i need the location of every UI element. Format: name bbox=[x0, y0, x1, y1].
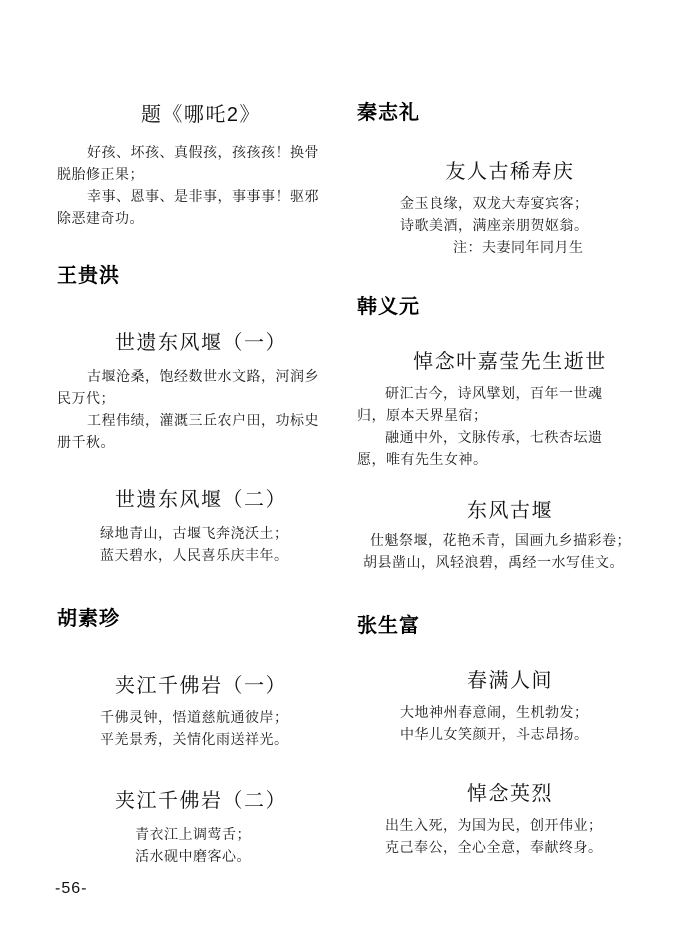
poem-line: 金玉良缘，双龙大寿宴宾客； bbox=[357, 194, 663, 216]
poem-chunman: 大地神州春意闹，生机勃发； 中华儿女笑颜开，斗志昂扬。 bbox=[357, 703, 663, 747]
author-name-zhangshengfu: 张生富 bbox=[357, 609, 663, 638]
poem-line: 好孩、坏孩、真假孩，孩孩孩！换骨 bbox=[57, 143, 345, 165]
book-page: 题《哪吒2》 好孩、坏孩、真假孩，孩孩孩！换骨 脱胎修正果； 幸事、恩事、是非事… bbox=[0, 0, 700, 950]
left-column: 题《哪吒2》 好孩、坏孩、真假孩，孩孩孩！换骨 脱胎修正果； 幸事、恩事、是非事… bbox=[57, 90, 345, 869]
poem-line: 古堰沧桑，饱经数世水文路，河润乡 bbox=[57, 367, 345, 389]
poem-line: 归，原本天界星宿； bbox=[357, 406, 663, 428]
poem-title-qianfoyan-1: 夹江千佛岩（一） bbox=[57, 669, 345, 698]
poem-title-dongfengyan-2: 世遗东风堰（二） bbox=[57, 483, 345, 512]
poem-line: 平羌景秀，关情化雨送祥光。 bbox=[57, 730, 345, 752]
poem-note: 注：夫妻同年同月生 bbox=[357, 238, 663, 260]
poem-title-qianfoyan-2: 夹江千佛岩（二） bbox=[57, 784, 345, 813]
poem-line: 研汇古今，诗风擘划，百年一世魂 bbox=[357, 384, 663, 406]
poem-yejiaying: 研汇古今，诗风擘划，百年一世魂 归，原本天界星宿； 融通中外，文脉传承，七秩杏坛… bbox=[357, 384, 663, 472]
poem-line: 除恶建奇功。 bbox=[57, 209, 345, 231]
poem-title-shouqing: 友人古稀寿庆 bbox=[357, 155, 663, 184]
poem-line: 诗歌美酒，满座亲朋贺妪翁。 bbox=[357, 216, 663, 238]
poem-line: 册千秋。 bbox=[57, 433, 345, 455]
poem-line: 克己奉公，全心全意，奉献终身。 bbox=[357, 838, 663, 860]
poem-shouqing: 金玉良缘，双龙大寿宴宾客； 诗歌美酒，满座亲朋贺妪翁。 注：夫妻同年同月生 bbox=[357, 194, 663, 260]
author-name-qinzhili: 秦志礼 bbox=[357, 96, 663, 125]
poem-dongfengyan-1: 古堰沧桑，饱经数世水文路，河润乡 民万代； 工程伟绩，灌溉三丘农户田，功标史 册… bbox=[57, 367, 345, 455]
poem-yinglie: 出生入死，为国为民，创开伟业； 克己奉公，全心全意，奉献终身。 bbox=[357, 816, 663, 860]
poem-line: 脱胎修正果； bbox=[57, 165, 345, 187]
poem-title-dongfengyan-1: 世遗东风堰（一） bbox=[57, 326, 345, 355]
poem-line: 胡县凿山，风轻浪碧，禹经一水写佳文。 bbox=[357, 553, 663, 575]
poem-line: 青衣江上调莺舌； bbox=[57, 825, 345, 847]
poem-line: 蓝天碧水，人民喜乐庆丰年。 bbox=[57, 546, 345, 568]
author-name-husuzhen: 胡素珍 bbox=[57, 602, 345, 631]
page-number: -56- bbox=[55, 880, 87, 898]
poem-line: 仕魁祭堰，花艳禾青，国画九乡描彩卷； bbox=[357, 531, 663, 553]
poem-line: 出生入死，为国为民，创开伟业； bbox=[357, 816, 663, 838]
poem-title-yejiaying: 悼念叶嘉莹先生逝世 bbox=[357, 345, 663, 374]
poem-line: 幸事、恩事、是非事，事事事！驱邪 bbox=[57, 187, 345, 209]
poem-line: 大地神州春意闹，生机勃发； bbox=[357, 703, 663, 725]
poem-line: 融通中外，文脉传承，七秩杏坛遗 bbox=[357, 428, 663, 450]
poem-line: 工程伟绩，灌溉三丘农户田，功标史 bbox=[57, 411, 345, 433]
poem-line: 中华儿女笑颜开，斗志昂扬。 bbox=[357, 725, 663, 747]
right-column: 秦志礼 友人古稀寿庆 金玉良缘，双龙大寿宴宾客； 诗歌美酒，满座亲朋贺妪翁。 注… bbox=[357, 96, 663, 860]
poem-nezha: 好孩、坏孩、真假孩，孩孩孩！换骨 脱胎修正果； 幸事、恩事、是非事，事事事！驱邪… bbox=[57, 143, 345, 231]
poem-line: 民万代； bbox=[57, 389, 345, 411]
author-name-wangguihong: 王贵洪 bbox=[57, 259, 345, 288]
author-name-hanyiyuan: 韩义元 bbox=[357, 290, 663, 319]
poem-qianfoyan-2: 青衣江上调莺舌； 活水砚中磨客心。 bbox=[57, 825, 345, 869]
poem-line: 绿地青山，古堰飞奔浇沃土； bbox=[57, 524, 345, 546]
poem-dongfengyan-2: 绿地青山，古堰飞奔浇沃土； 蓝天碧水，人民喜乐庆丰年。 bbox=[57, 524, 345, 568]
poem-title-nezha: 题《哪吒2》 bbox=[57, 98, 345, 127]
poem-line: 活水砚中磨客心。 bbox=[57, 847, 345, 869]
poem-title-yinglie: 悼念英烈 bbox=[357, 777, 663, 806]
poem-title-chunman: 春满人间 bbox=[357, 664, 663, 693]
poem-title-dongfengguyan: 东风古堰 bbox=[357, 494, 663, 523]
poem-dongfengguyan: 仕魁祭堰，花艳禾青，国画九乡描彩卷； 胡县凿山，风轻浪碧，禹经一水写佳文。 bbox=[357, 531, 663, 575]
poem-line: 千佛灵钟，悟道慈航通彼岸； bbox=[57, 708, 345, 730]
poem-line: 愿，唯有先生女神。 bbox=[357, 450, 663, 472]
poem-qianfoyan-1: 千佛灵钟，悟道慈航通彼岸； 平羌景秀，关情化雨送祥光。 bbox=[57, 708, 345, 752]
